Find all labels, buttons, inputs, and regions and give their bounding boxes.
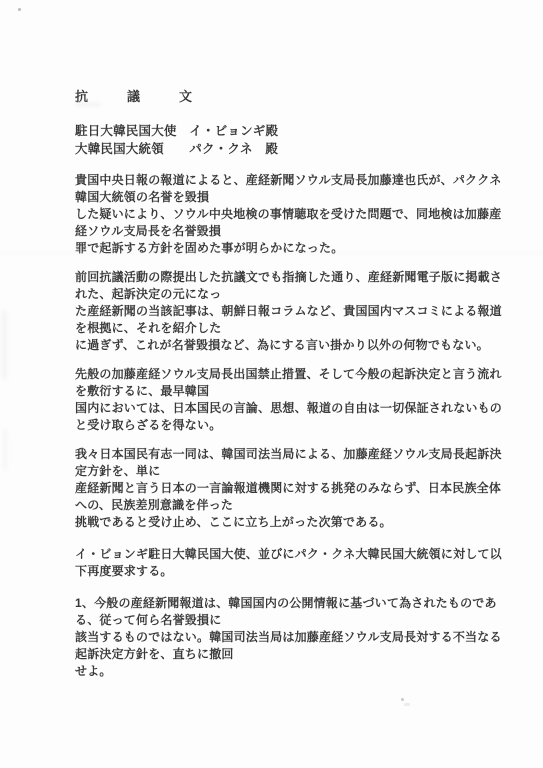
paragraph-5: イ・ビョンギ駐日大韓民国大使、並びにパク・クネ大韓民国大統領に対して以 下再度要… (75, 546, 515, 580)
text-line: 国内においては、日本国民の言論、思想、報道の自由は一切保証されないもの (75, 400, 515, 417)
text-line: 前回抗議活動の際提出した抗議文でも指摘した通り、産経新聞電子版に掲載さ (75, 269, 515, 286)
text-line: 韓国大統領の名誉を毀損 (75, 189, 515, 206)
text-line: 定方針を、単に (75, 463, 515, 480)
text-line: 該当するものではない。韓国司法当局は加藤産経ソウル支局長対する不当なる (75, 629, 515, 646)
text-line: せよ。 (75, 663, 515, 680)
paragraph-6-demand-1: 1、今般の産経新聞報道は、韓国国内の公開情報に基づいて為されたものであ る、従っ… (75, 595, 515, 680)
scanned-page: 抗 議 文 駐日大韓民国大使 イ・ビョンギ殿 大韓民国大統領 パク・クネ 殿 貴… (0, 0, 543, 768)
paragraph-3: 先般の加藤産経ソウル支局長出国禁止措置、そして今般の起訴決定と言う流れ を敷衍す… (75, 366, 515, 434)
scan-speck (404, 703, 410, 706)
text-line: への、民族差別意識を伴った (75, 497, 515, 514)
text-line: 下再度要求する。 (75, 563, 515, 580)
document-body: 抗 議 文 駐日大韓民国大使 イ・ビョンギ殿 大韓民国大統領 パク・クネ 殿 貴… (75, 88, 515, 692)
text-line: 罪で起訴する方針を固めた事が明らかになった。 (75, 240, 515, 257)
scan-smudge (3, 430, 7, 470)
paragraph-2: 前回抗議活動の際提出した抗議文でも指摘した通り、産経新聞電子版に掲載さ れた、起… (75, 269, 515, 354)
scan-speck (401, 698, 404, 701)
recipient-president: 大韓民国大統領 パク・クネ 殿 (75, 140, 515, 158)
document-title: 抗 議 文 (75, 88, 515, 105)
scan-smudge (2, 310, 7, 380)
text-line: 1、今般の産経新聞報道は、韓国国内の公開情報に基づいて為されたものであ (75, 595, 515, 612)
text-line: 経ソウル支局長を名誉毀損 (75, 223, 515, 240)
text-line: イ・ビョンギ駐日大韓民国大使、並びにパク・クネ大韓民国大統領に対して以 (75, 546, 515, 563)
text-line: る、従って何ら名誉毀損に (75, 612, 515, 629)
recipient-block: 駐日大韓民国大使 イ・ビョンギ殿 大韓民国大統領 パク・クネ 殿 (75, 122, 515, 158)
text-line: した疑いにより、ソウル中央地検の事情聴取を受けた問題で、同地検は加藤産 (75, 206, 515, 223)
scan-speck (18, 8, 21, 11)
text-line: に過ぎず、これが名誉毀損など、為にする言い掛かり以外の何物でもない。 (75, 337, 515, 354)
text-line: 貴国中央日報の報道によると、産経新聞ソウル支局長加藤達也氏が、パククネ (75, 172, 515, 189)
text-line: れた、起訴決定の元になっ (75, 286, 515, 303)
paragraph-4: 我々日本国民有志一同は、韓国司法当局による、加藤産経ソウル支局長起訴決 定方針を… (75, 446, 515, 531)
text-line: 産経新聞と言う日本の一言論報道機関に対する挑発のみならず、日本民族全体 (75, 480, 515, 497)
text-line: 起訴決定方針を、直ちに撤回 (75, 646, 515, 663)
text-line: 我々日本国民有志一同は、韓国司法当局による、加藤産経ソウル支局長起訴決 (75, 446, 515, 463)
text-line: た産経新聞の当該記事は、朝鮮日報コラムなど、貴国国内マスコミによる報道 (75, 303, 515, 320)
text-line: を根拠に、それを紹介した (75, 320, 515, 337)
paragraph-1: 貴国中央日報の報道によると、産経新聞ソウル支局長加藤達也氏が、パククネ 韓国大統… (75, 172, 515, 257)
text-line: を敷衍するに、最早韓国 (75, 383, 515, 400)
text-line: 先般の加藤産経ソウル支局長出国禁止措置、そして今般の起訴決定と言う流れ (75, 366, 515, 383)
recipient-ambassador: 駐日大韓民国大使 イ・ビョンギ殿 (75, 122, 515, 140)
text-line: 挑戦であると受け止め、ここに立ち上がった次第である。 (75, 514, 515, 531)
text-line: と受け取らざるを得ない。 (75, 417, 515, 434)
